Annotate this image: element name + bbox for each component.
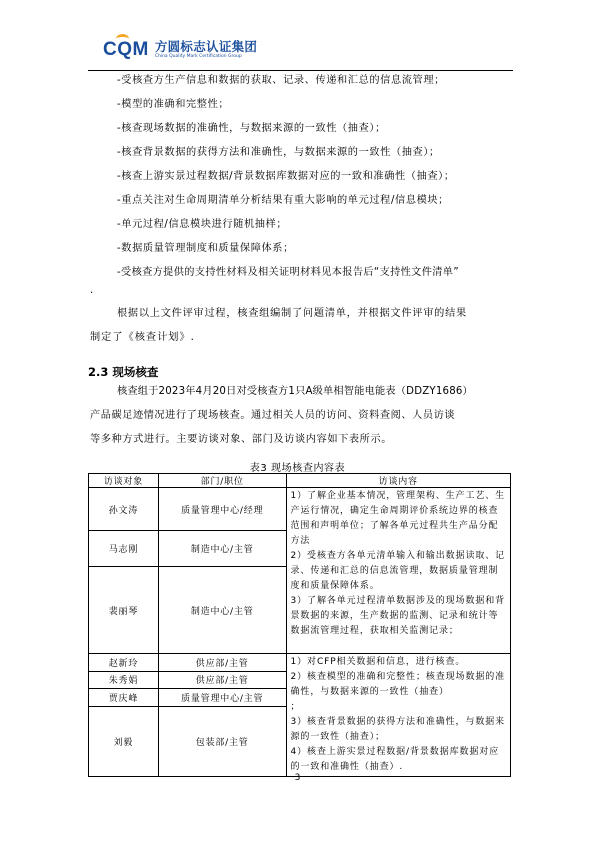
interview-content: 1）了解企业基本情况，管理架构、生产工艺、生产运行情况，确定生命周期评价系统边界… bbox=[286, 488, 510, 654]
column-header: 访谈对象 bbox=[89, 474, 159, 488]
department-position: 制造中心/主管 bbox=[158, 567, 286, 654]
logo-chinese-name: 方圆标志认证集团 bbox=[155, 40, 257, 54]
column-header: 访谈内容 bbox=[286, 474, 510, 488]
column-header: 部门/职位 bbox=[158, 474, 286, 488]
interview-content: 1）对CFP相关数据和信息，进行核查。 2）核查模型的准确和完整性；核查现场数据… bbox=[286, 654, 510, 777]
table-row: 赵新玲 供应部/主管 1）对CFP相关数据和信息，进行核查。 2）核查模型的准确… bbox=[89, 654, 511, 672]
bullet-item: -受核查方生产信息和数据的获取、记录、传递和汇总的信息流管理； bbox=[117, 74, 445, 88]
orphan-period: . bbox=[90, 284, 94, 298]
section-heading: 2.3 现场核查 bbox=[88, 364, 158, 380]
department-position: 供应部/主管 bbox=[158, 654, 286, 672]
department-position: 制造中心/主管 bbox=[158, 531, 286, 567]
interviewee-name: 刘毅 bbox=[89, 706, 159, 776]
bullet-item: -数据质量管理制度和质量保障体系； bbox=[117, 242, 294, 256]
interviewee-name: 马志刚 bbox=[89, 531, 159, 567]
logo-mark: CQM bbox=[103, 39, 149, 61]
paragraph-line: 核查组于2023年4月20日对受核查方1只A级单相智能电能表（DDZY1686） bbox=[117, 385, 473, 399]
header-divider bbox=[88, 70, 513, 71]
bullet-item: -单元过程/信息模块进行随机抽样； bbox=[117, 218, 287, 232]
interviewee-name: 裴丽琴 bbox=[89, 567, 159, 654]
paragraph-line: 产品碳足迹情况进行了现场核查。通过相关人员的访问、资料查阅、人员访谈 bbox=[90, 409, 455, 423]
bullet-item: -受核查方提供的支持性材料及相关证明材料见本报告后“支持性文件清单” bbox=[117, 266, 459, 280]
interviewee-name: 贾庆峰 bbox=[89, 689, 159, 707]
table-header-row: 访谈对象 部门/职位 访谈内容 bbox=[89, 474, 511, 488]
paragraph-line: 根据以上文件评审过程，核查组编制了问题清单，并根据文件评审的结果 bbox=[117, 307, 467, 321]
department-position: 质量管理中心/主管 bbox=[158, 689, 286, 707]
page-number: 3 bbox=[0, 773, 595, 783]
bullet-item: -核查背景数据的获得方法和准确性，与数据来源的一致性（抽查）； bbox=[117, 146, 440, 160]
logo-text: 方圆标志认证集团 China Quality Mark Certificatio… bbox=[155, 40, 257, 60]
logo-english-name: China Quality Mark Certification Group bbox=[155, 54, 257, 60]
paragraph-line: 制定了《核查计划》. bbox=[90, 331, 195, 345]
table-caption: 表3 现场核查内容表 bbox=[0, 459, 595, 474]
department-position: 质量管理中心/经理 bbox=[158, 488, 286, 531]
interview-table: 访谈对象 部门/职位 访谈内容 孙文涛 质量管理中心/经理 1）了解企业基本情况… bbox=[88, 473, 511, 777]
bullet-item: -核查现场数据的准确性，与数据来源的一致性（抽查）； bbox=[117, 122, 386, 136]
bullet-item: -核查上游实景过程数据/背景数据库数据对应的一致和准确性（抽查）； bbox=[117, 170, 455, 184]
interviewee-name: 赵新玲 bbox=[89, 654, 159, 672]
bullet-item: -重点关注对生命周期清单分析结果有重大影响的单元过程/信息模块； bbox=[117, 194, 449, 208]
bullet-item: -模型的准确和完整性； bbox=[117, 98, 229, 112]
paragraph-line: 等多种方式进行。主要访谈对象、部门及访谈内容如下表所示。 bbox=[90, 433, 392, 447]
department-position: 包装部/主管 bbox=[158, 706, 286, 776]
department-position: 供应部/主管 bbox=[158, 671, 286, 689]
logo-arc-icon bbox=[116, 34, 129, 43]
table-row: 孙文涛 质量管理中心/经理 1）了解企业基本情况，管理架构、生产工艺、生产运行情… bbox=[89, 488, 511, 531]
company-logo: CQM 方圆标志认证集团 China Quality Mark Certific… bbox=[103, 37, 257, 63]
interviewee-name: 朱秀娟 bbox=[89, 671, 159, 689]
interviewee-name: 孙文涛 bbox=[89, 488, 159, 531]
